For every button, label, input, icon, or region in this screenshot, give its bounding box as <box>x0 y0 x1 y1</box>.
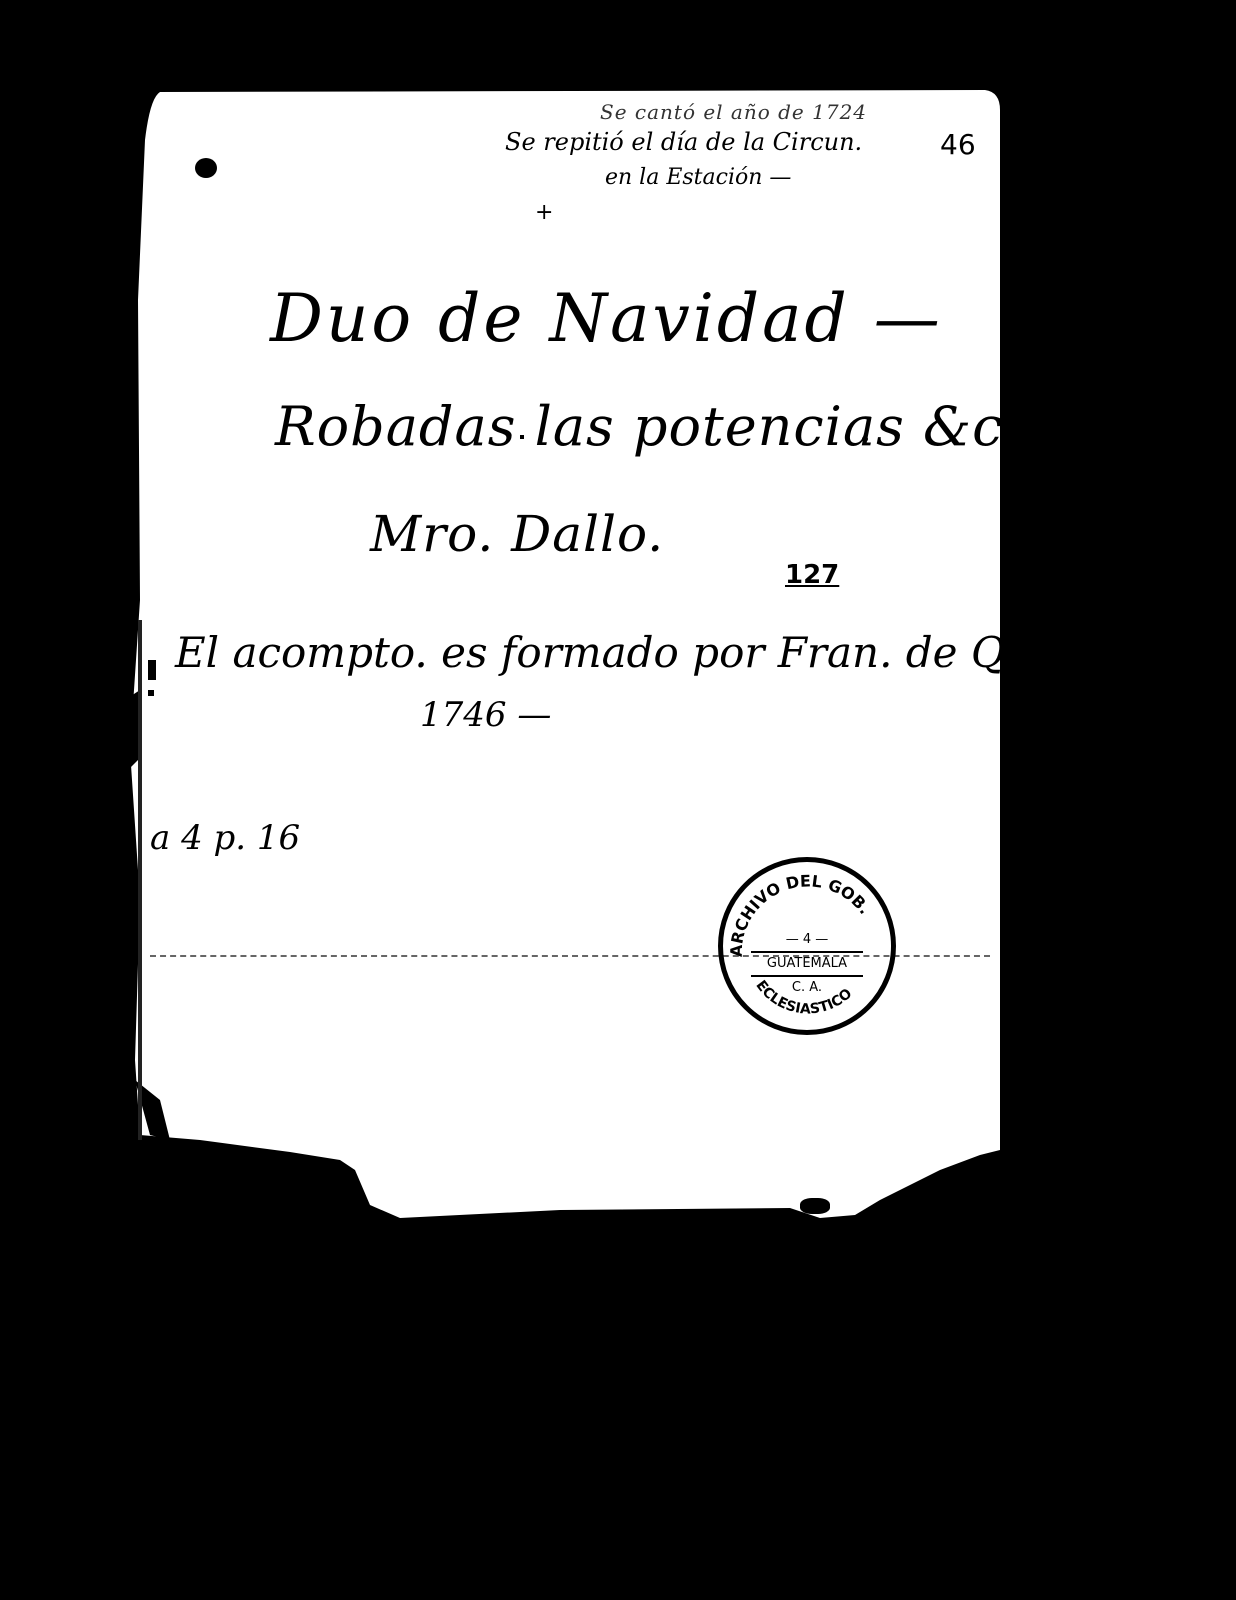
stamp-center-line-2: GUATEMALA <box>743 956 871 972</box>
folio-number: 46 <box>940 128 976 161</box>
stamp-center-line-1: — 4 — <box>743 932 871 948</box>
inventory-number: 127 <box>785 560 839 590</box>
title-line-1: Duo de Navidad — <box>270 280 943 357</box>
stamp-rule <box>751 951 863 953</box>
marginal-note-line-3: en la Estación — <box>605 165 791 190</box>
scanned-page: Se cantó el año de 1724 Se repitió el dí… <box>0 0 1236 1600</box>
marginal-note-line-2: Se repitió el día de la Circun. <box>505 128 862 156</box>
stamp-rule <box>751 975 863 977</box>
composer-line: Mro. Dallo. <box>370 505 664 563</box>
year-note: 1746 — <box>420 695 551 735</box>
paper-sheet <box>0 0 1236 1600</box>
stamp-center-line-3: C. A. <box>743 980 871 996</box>
accompaniment-note: El acompto. es formado por Fran. de Quir… <box>175 628 1169 677</box>
stamp-center: — 4 — GUATEMALA C. A. <box>743 932 871 996</box>
title-line-2: Robadas las potencias &c. <box>275 395 1022 458</box>
marginal-note-line-1: Se cantó el año de 1724 <box>600 100 867 124</box>
archive-stamp: ARCHIVO DEL GOB. ECLESIASTICO — 4 — GUAT… <box>718 857 896 1035</box>
ink-mark <box>148 690 154 696</box>
ink-blot <box>195 158 217 178</box>
ink-blot <box>800 1198 830 1214</box>
cross-mark: + <box>535 200 553 225</box>
ink-mark <box>148 660 156 680</box>
voices-note: a 4 p. 16 <box>150 818 300 858</box>
